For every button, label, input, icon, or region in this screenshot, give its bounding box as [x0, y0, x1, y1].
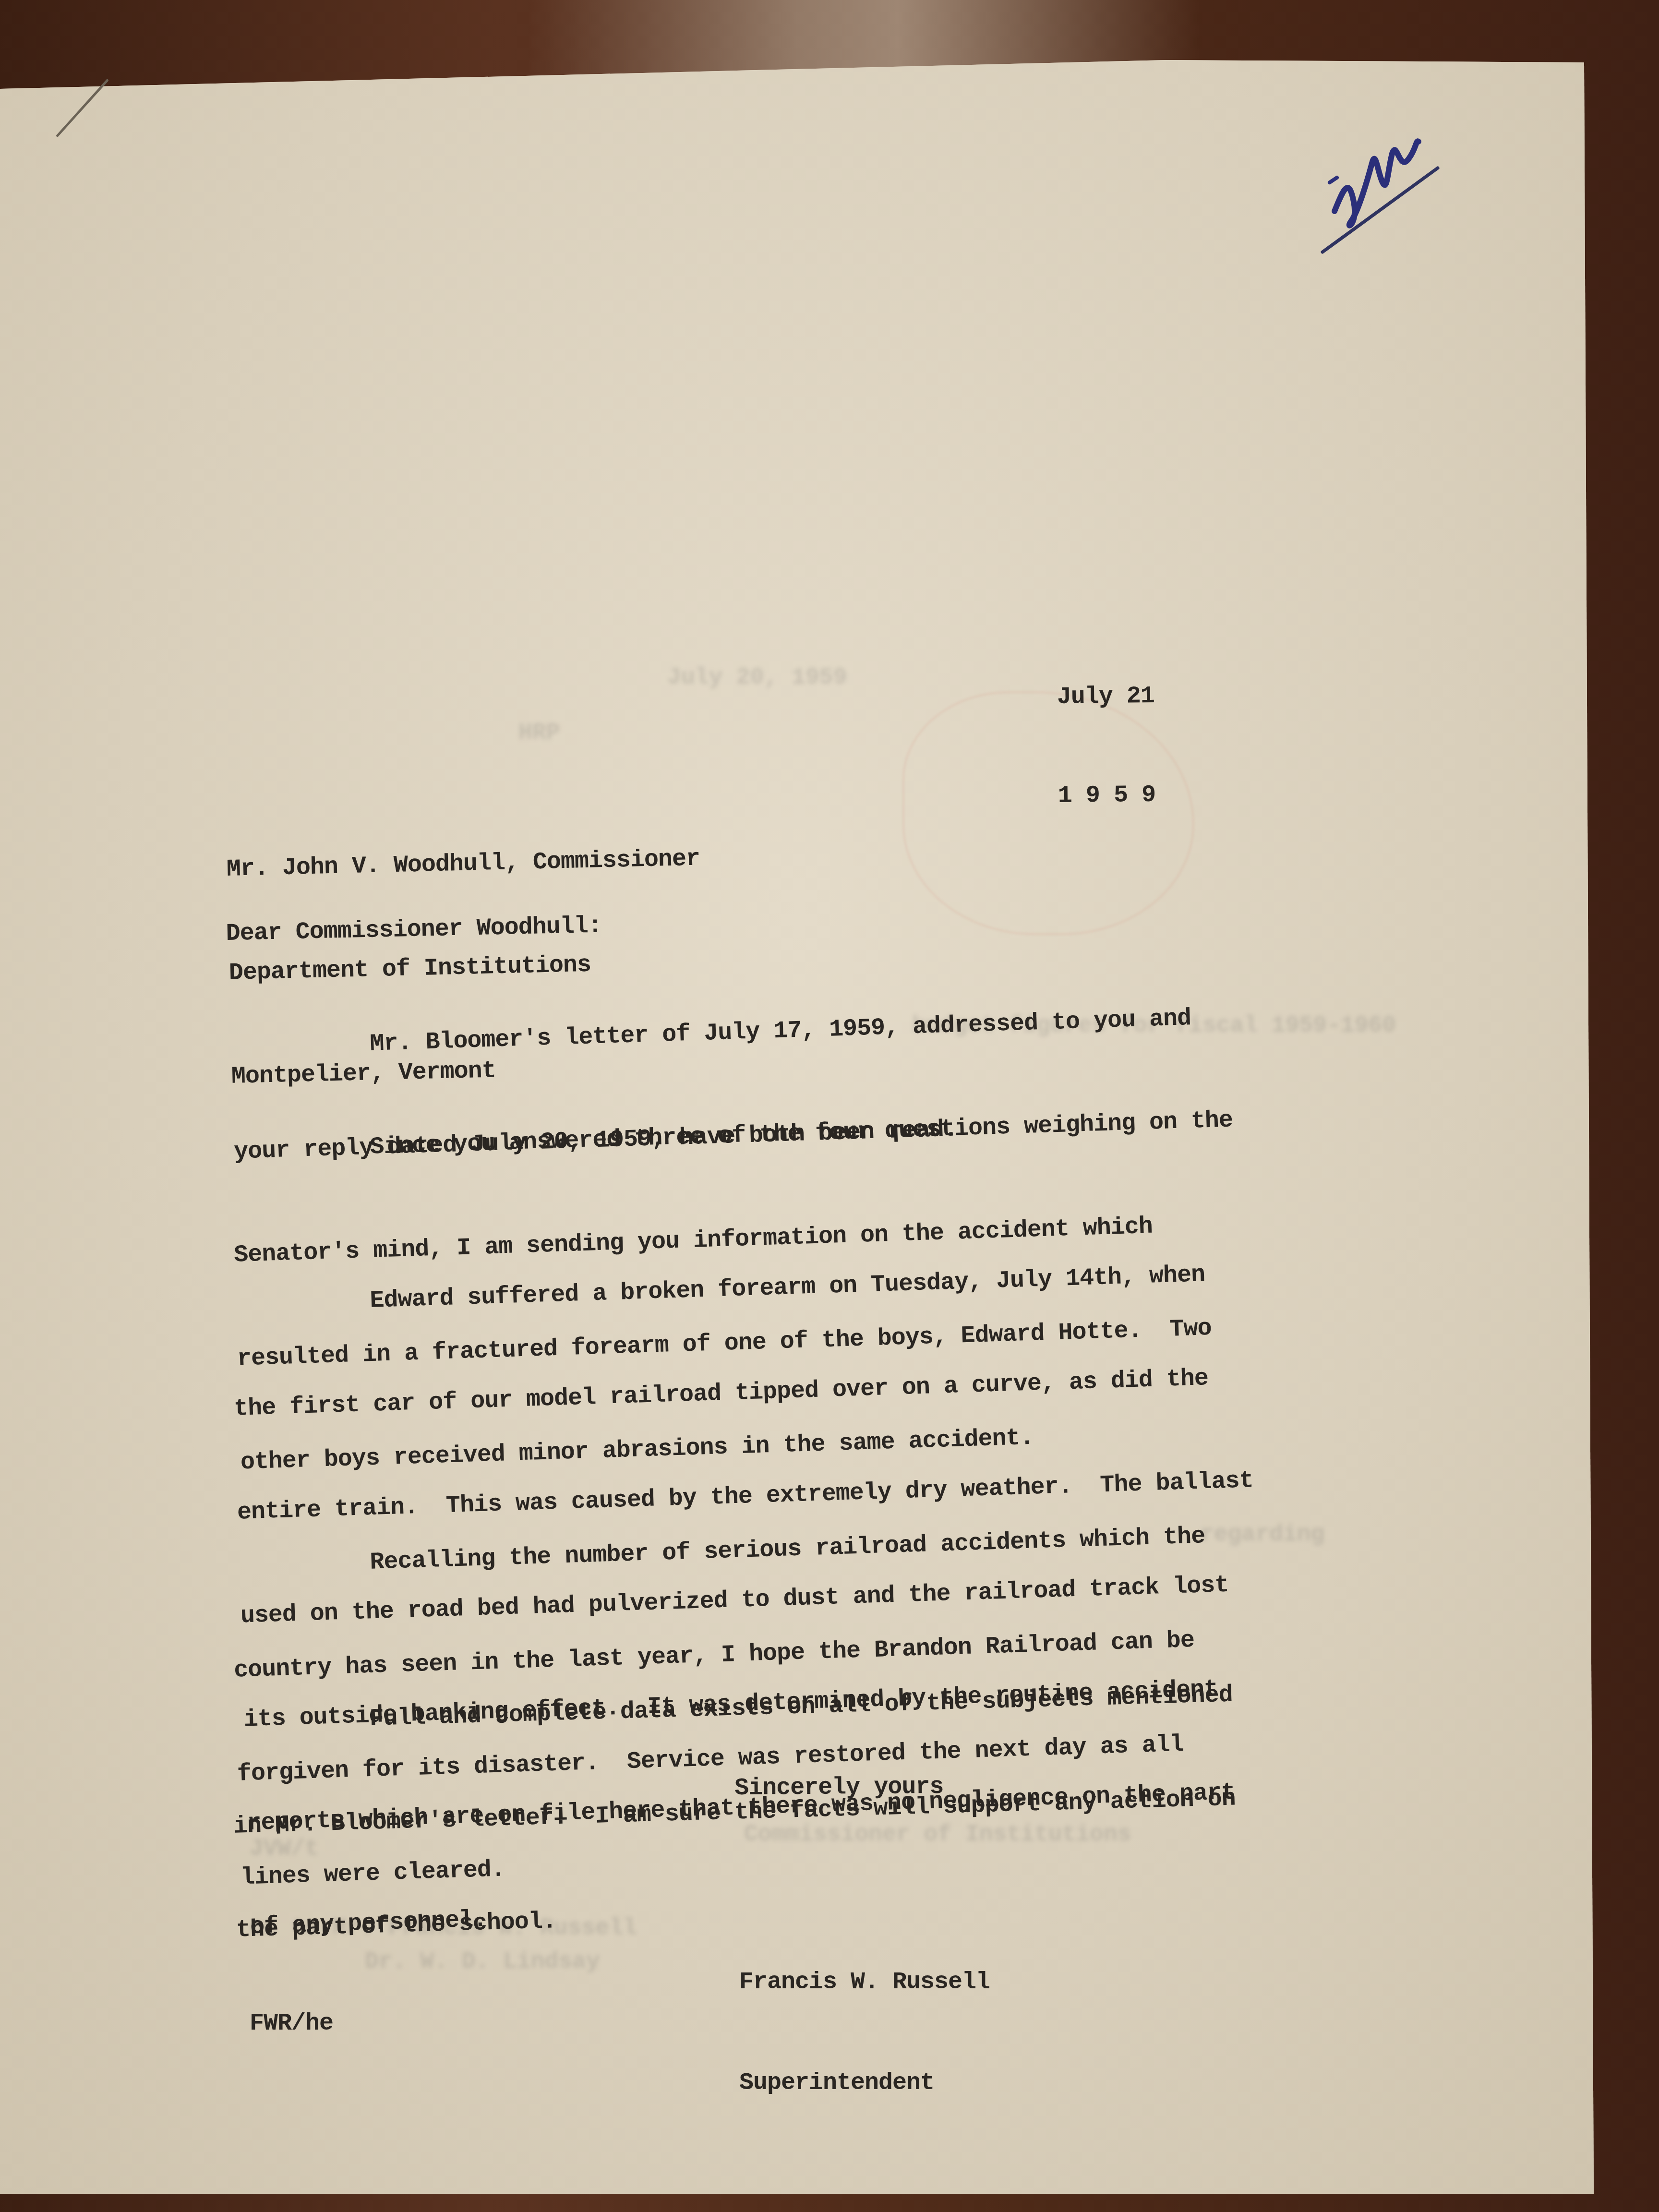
paragraph-line: the part of the school.: [236, 1885, 1239, 1948]
paragraph-line: Full and complete data exists on all of …: [230, 1678, 1233, 1741]
paragraph-5: Full and complete data exists on all of …: [228, 1609, 1240, 1983]
reference-initials: FWR/he: [250, 2007, 333, 2041]
date-year: 1 9 5 9: [1058, 781, 1156, 811]
signer-name: Francis W. Russell: [739, 1966, 990, 1999]
handwritten-file-annotation: [1315, 130, 1474, 274]
paragraph-line: Recalling the number of serious railroad…: [230, 1519, 1206, 1585]
bleed-through-text: July 20, 1959: [667, 665, 847, 691]
recipient-name: Mr. John V. Woodhull, Commissioner: [226, 842, 700, 887]
closing: Sincerely yours: [734, 1770, 944, 1806]
signer-title: Superintendent: [739, 2067, 990, 2100]
paragraph-line: Since you answered three of the four que…: [230, 1103, 1234, 1169]
paragraph-line: Edward suffered a broken forearm on Tues…: [230, 1256, 1248, 1322]
signature-block: Francis W. Russell Superintendent: [739, 1899, 990, 2134]
bleed-through-text: HRP: [518, 720, 560, 746]
paragraph-line: the first car of our model railroad tipp…: [233, 1360, 1250, 1426]
date-month-day: July 21: [1057, 682, 1155, 712]
letter-date: July 21 1 9 5 9: [1056, 613, 1156, 846]
